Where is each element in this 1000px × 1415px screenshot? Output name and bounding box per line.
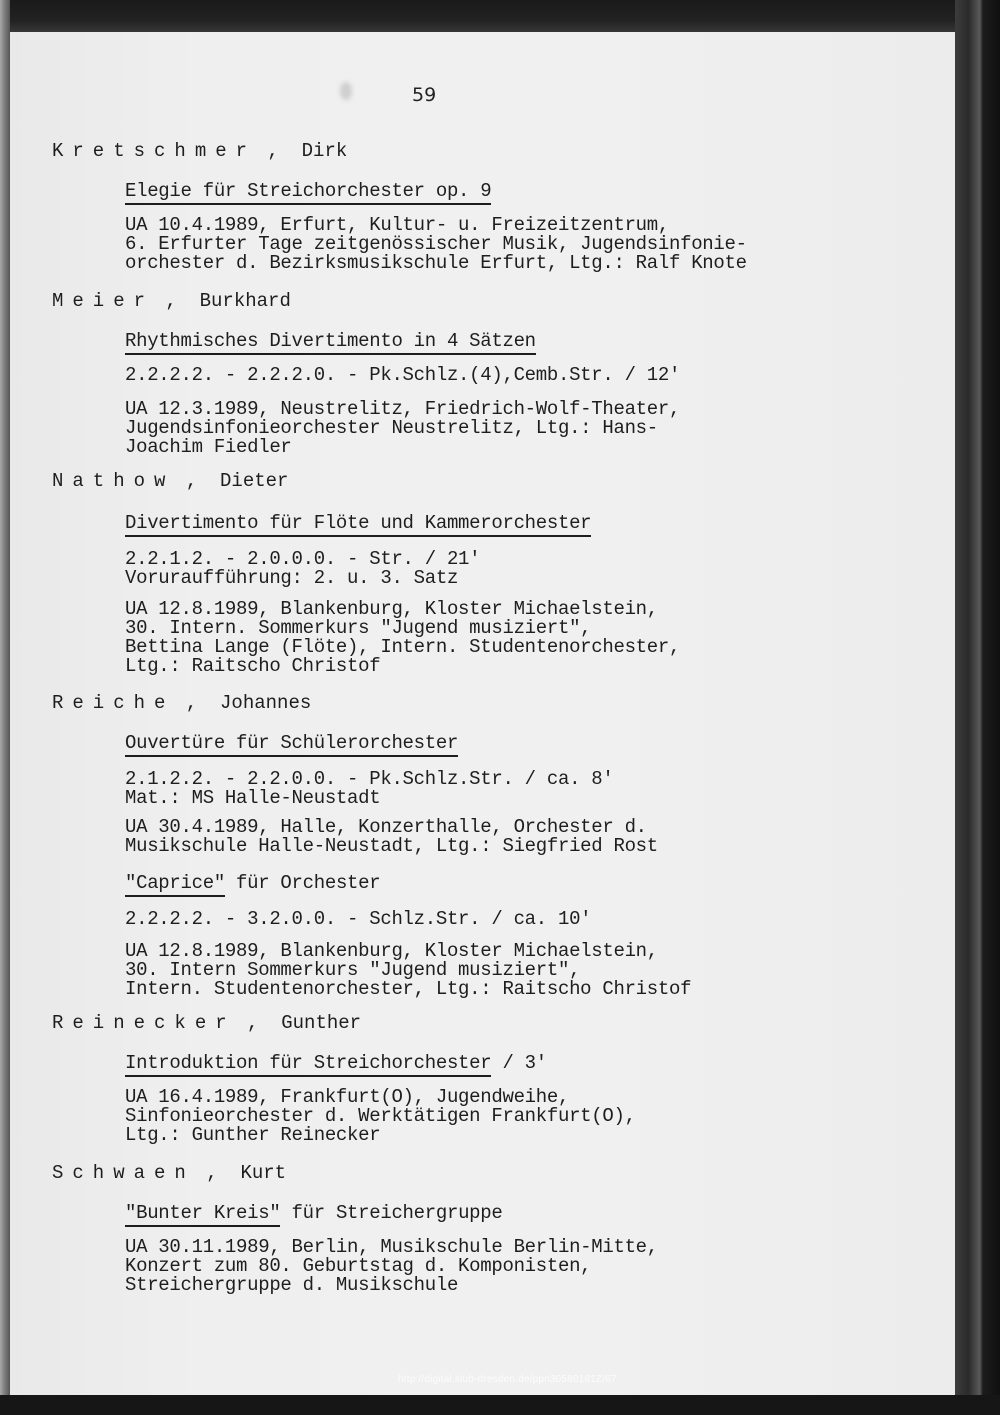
name-separator: , [256,140,302,162]
work-instrumentation: 2.2.2.2. - 2.2.2.0. - Pk.Schlz.(4),Cemb.… [125,366,680,385]
composer-firstname: Dieter [220,470,288,492]
work-title: Divertimento für Flöte und Kammerorchest… [125,514,591,533]
composer-firstname: Burkhard [200,290,291,312]
composer-name: Reinecker , Gunther [52,1012,361,1034]
source-url-watermark: http://digital.slub-dresden.de/ppn305801… [398,1374,617,1385]
instrumentation-line: Mat.: MS Halle-Neustadt [125,789,613,808]
composer-name: Schwaen , Kurt [52,1162,286,1184]
instrumentation-line: Voruraufführung: 2. u. 3. Satz [125,569,480,588]
work-premiere: UA 12.3.1989, Neustrelitz, Friedrich-Wol… [125,400,680,457]
composer-surname: Nathow [52,470,174,492]
scanner-frame-top [0,0,1000,34]
work-premiere: UA 12.8.1989, Blankenburg, Kloster Micha… [125,600,680,676]
premiere-line: Streichergruppe d. Musikschule [125,1276,658,1295]
premiere-line: Intern. Studentenorchester, Ltg.: Raitsc… [125,980,691,999]
work-premiere: UA 30.11.1989, Berlin, Musikschule Berli… [125,1238,658,1295]
composer-name: Nathow , Dieter [52,470,288,492]
composer-surname: Kretschmer [52,140,256,162]
composer-firstname: Kurt [240,1162,286,1184]
document-page: 59 Kretschmer , DirkElegie für Streichor… [10,32,955,1395]
work-title: Elegie für Streichorchester op. 9 [125,182,491,201]
work-title-underlined: Ouvertüre für Schülerorchester [125,732,458,757]
page-smudge [340,82,352,100]
work-title: Ouvertüre für Schülerorchester [125,734,458,753]
instrumentation-line: 2.2.2.2. - 2.2.2.0. - Pk.Schlz.(4),Cemb.… [125,366,680,385]
instrumentation-line: 2.2.2.2. - 3.2.0.0. - Schlz.Str. / ca. 1… [125,910,591,929]
work-title-suffix: für Streichergruppe [280,1202,502,1224]
work-title-underlined: Divertimento für Flöte und Kammerorchest… [125,512,591,537]
premiere-line: orchester d. Bezirksmusikschule Erfurt, … [125,254,747,273]
work-instrumentation: 2.2.2.2. - 3.2.0.0. - Schlz.Str. / ca. 1… [125,910,591,929]
work-premiere: UA 30.4.1989, Halle, Konzerthalle, Orche… [125,818,658,856]
composer-surname: Schwaen [52,1162,195,1184]
premiere-line: Joachim Fiedler [125,438,680,457]
work-title: "Bunter Kreis" für Streichergruppe [125,1204,502,1223]
name-separator: , [174,692,220,714]
composer-surname: Reiche [52,692,174,714]
composer-surname: Meier [52,290,154,312]
scanner-frame-right [955,0,1000,1415]
scanner-frame-left [0,0,10,1415]
premiere-line: Ltg.: Gunther Reinecker [125,1126,636,1145]
work-title-underlined: "Bunter Kreis" [125,1202,280,1227]
work-instrumentation: 2.1.2.2. - 2.2.0.0. - Pk.Schlz.Str. / ca… [125,770,613,808]
name-separator: , [236,1012,282,1034]
work-title-suffix: für Orchester [225,872,380,894]
composer-name: Reiche , Johannes [52,692,311,714]
work-premiere: UA 12.8.1989, Blankenburg, Kloster Micha… [125,942,691,999]
premiere-line: Ltg.: Raitscho Christof [125,657,680,676]
work-premiere: UA 10.4.1989, Erfurt, Kultur- u. Freizei… [125,216,747,273]
work-title-underlined: Elegie für Streichorchester op. 9 [125,180,491,205]
composer-name: Meier , Burkhard [52,290,291,312]
composer-firstname: Johannes [220,692,311,714]
work-title-underlined: Rhythmisches Divertimento in 4 Sätzen [125,330,536,355]
work-title-suffix: / 3' [491,1052,547,1074]
composer-surname: Reinecker [52,1012,236,1034]
name-separator: , [174,470,220,492]
work-title: Introduktion für Streichorchester / 3' [125,1054,547,1073]
work-instrumentation: 2.2.1.2. - 2.0.0.0. - Str. / 21'Vorurauf… [125,550,480,588]
work-title-underlined: Introduktion für Streichorchester [125,1052,491,1077]
work-title-underlined: "Caprice" [125,872,225,897]
work-title: Rhythmisches Divertimento in 4 Sätzen [125,332,536,351]
composer-name: Kretschmer , Dirk [52,140,347,162]
name-separator: , [154,290,200,312]
composer-firstname: Dirk [302,140,348,162]
work-title: "Caprice" für Orchester [125,874,380,893]
page-number: 59 [412,84,436,106]
work-premiere: UA 16.4.1989, Frankfurt(O), Jugendweihe,… [125,1088,636,1145]
premiere-line: Musikschule Halle-Neustadt, Ltg.: Siegfr… [125,837,658,856]
composer-firstname: Gunther [281,1012,361,1034]
scanner-frame-bottom [0,1395,1000,1415]
name-separator: , [195,1162,241,1184]
